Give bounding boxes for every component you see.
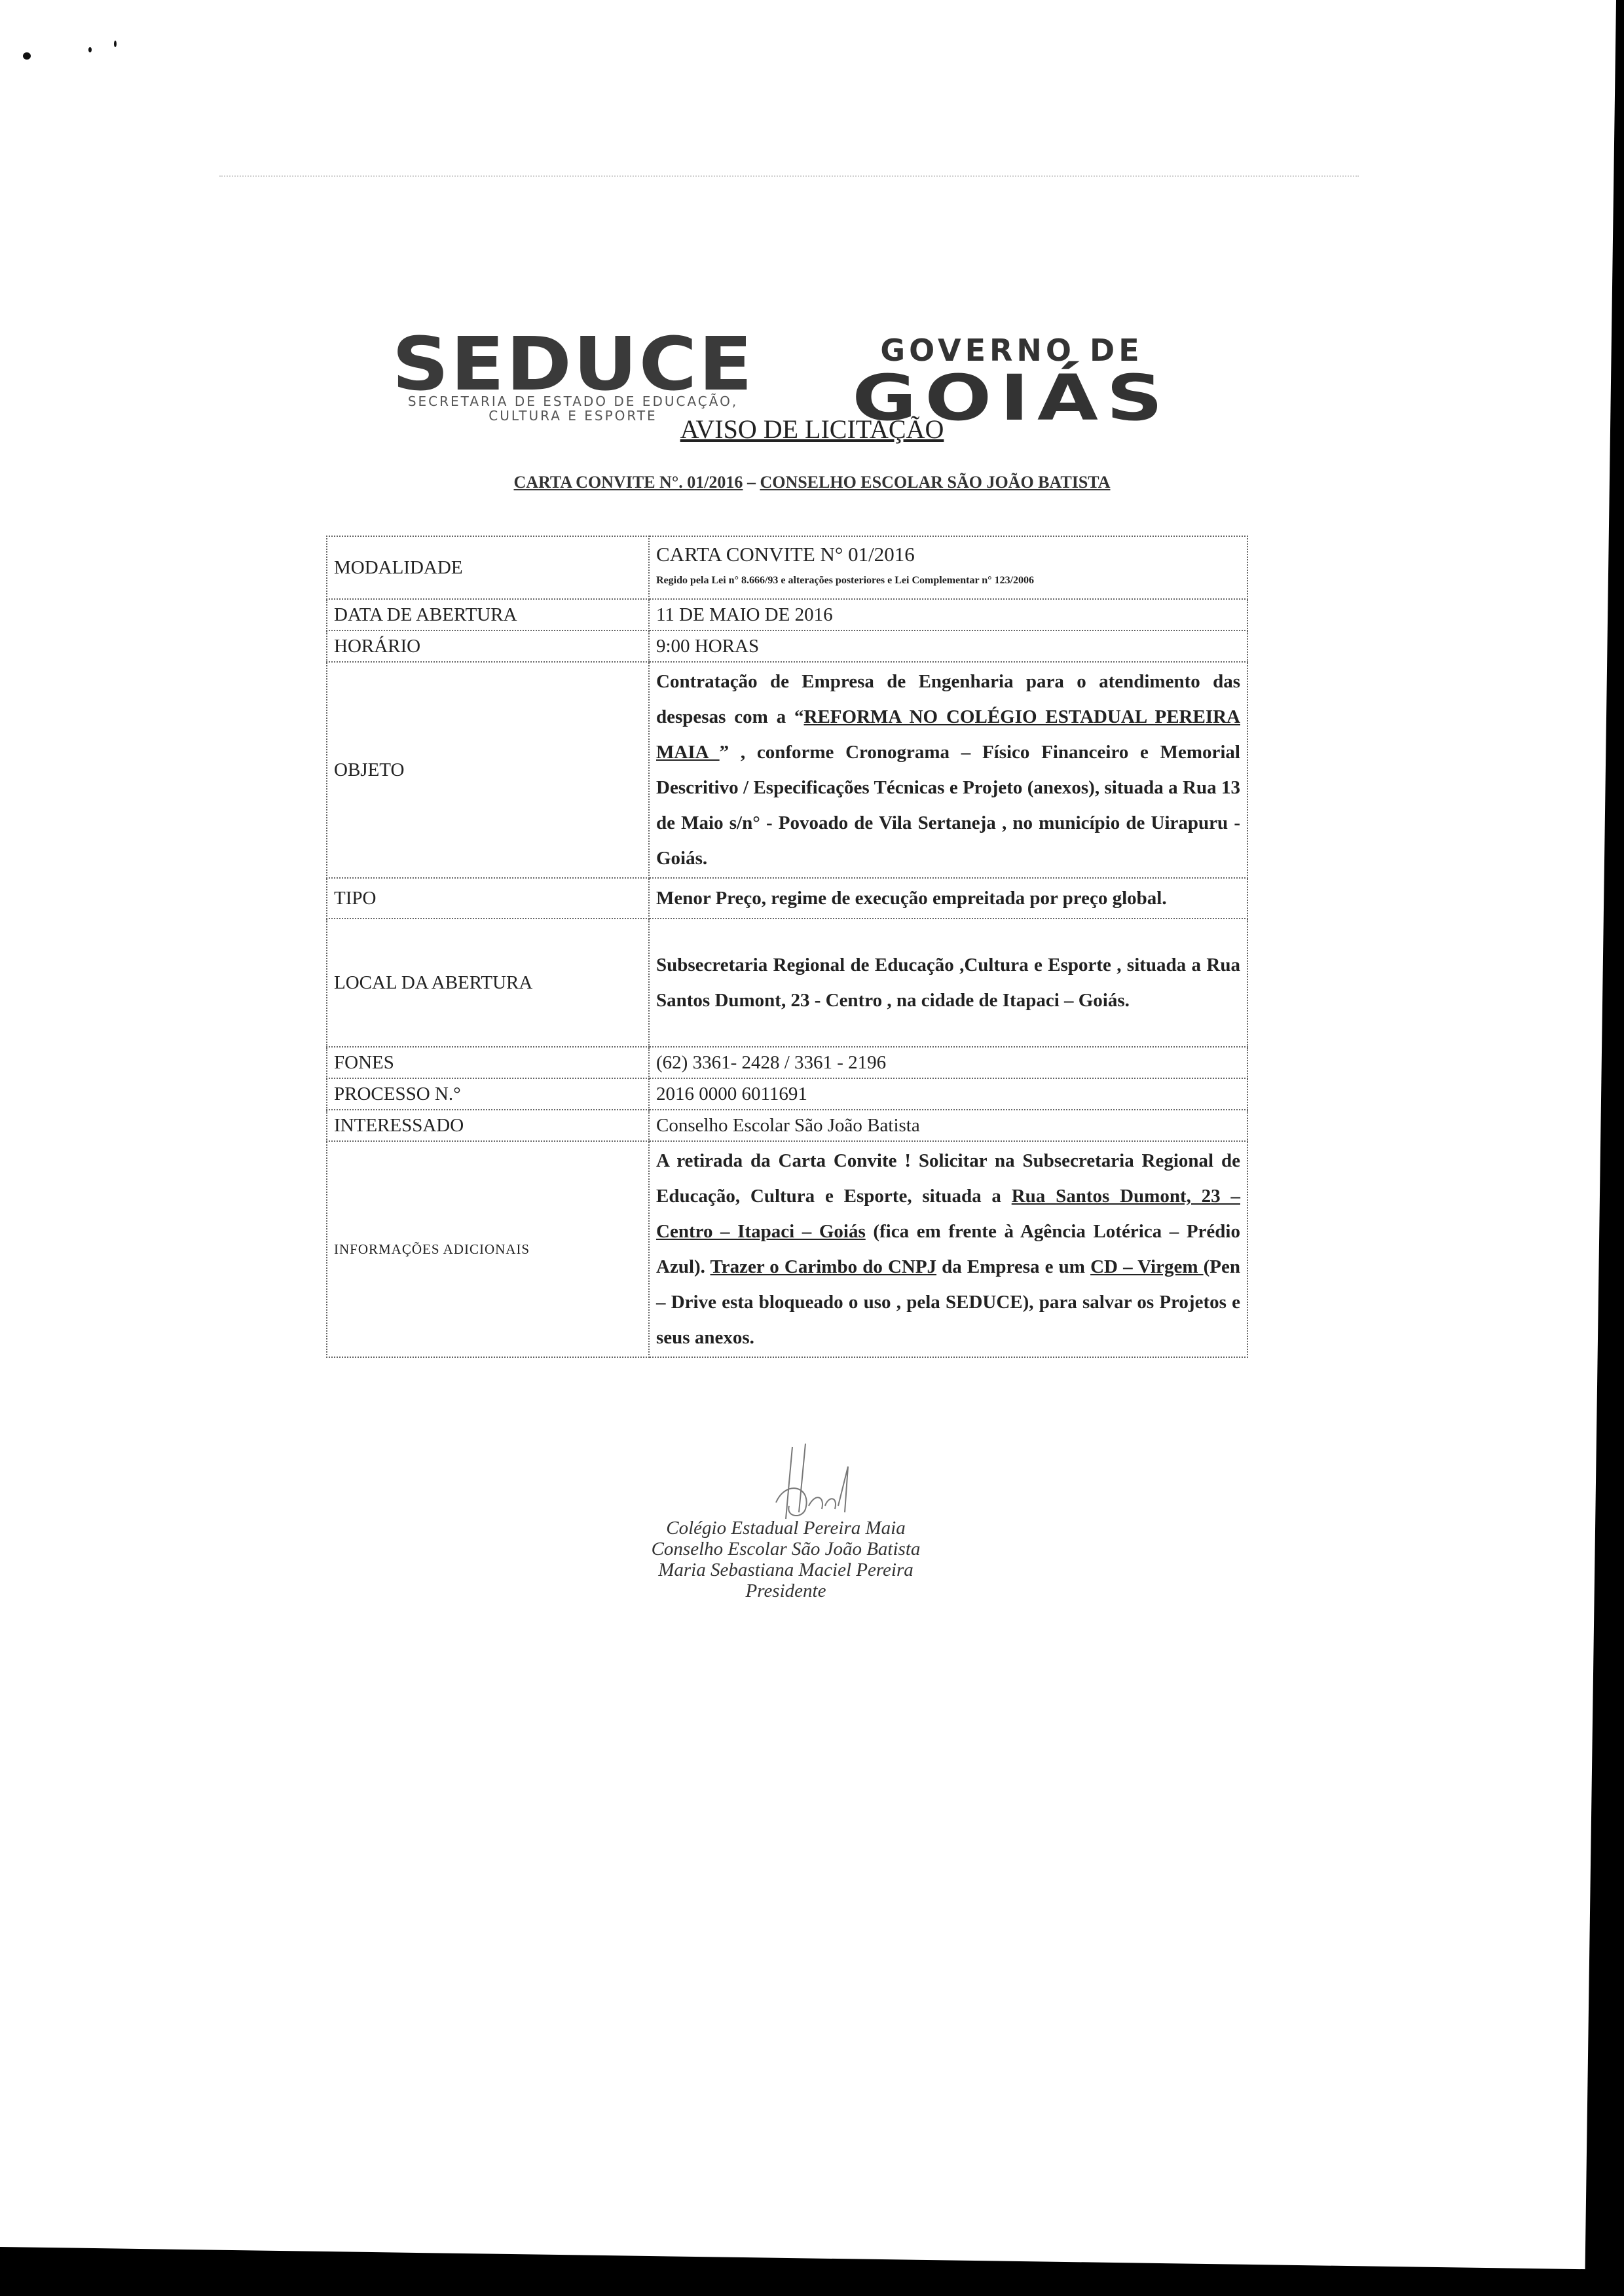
- value-local-abertura: Subsecretaria Regional de Educação ,Cult…: [649, 919, 1247, 1047]
- signature-council: Conselho Escolar São João Batista: [0, 1539, 1572, 1559]
- handwritten-signature: [589, 1440, 982, 1525]
- table-row-local-abertura: LOCAL DA ABERTURA Subsecretaria Regional…: [327, 919, 1247, 1047]
- signature-block: Colégio Estadual Pereira Maia Conselho E…: [0, 1518, 1572, 1601]
- subtitle-carta-convite: CARTA CONVITE N°. 01/2016: [514, 473, 743, 492]
- label-horario: HORÁRIO: [327, 630, 649, 662]
- scan-edge-right: [1585, 0, 1624, 2296]
- table-row-data-abertura: DATA DE ABERTURA 11 DE MAIO DE 2016: [327, 599, 1247, 630]
- seduce-logo: SEDUCE SECRETARIA DE ESTADO DE EDUCAÇÃO,…: [377, 335, 769, 423]
- document-subtitle: CARTA CONVITE N°. 01/2016 – CONSELHO ESC…: [0, 473, 1624, 492]
- scan-speck: [114, 41, 117, 47]
- modalidade-main: CARTA CONVITE N° 01/2016: [656, 541, 1240, 568]
- value-objeto: Contratação de Empresa de Engenharia par…: [649, 662, 1247, 878]
- signature-school: Colégio Estadual Pereira Maia: [0, 1518, 1572, 1539]
- info-cd-link: CD – Virgem: [1090, 1256, 1204, 1277]
- label-processo: PROCESSO N.°: [327, 1078, 649, 1110]
- label-informacoes-adicionais: INFORMAÇÕES ADICIONAIS: [327, 1141, 649, 1357]
- info-text-3: da Empresa e um: [936, 1256, 1090, 1277]
- scan-speck: [23, 52, 31, 60]
- value-fones: (62) 3361- 2428 / 3361 - 2196: [649, 1047, 1247, 1078]
- signature-name: Maria Sebastiana Maciel Pereira: [0, 1559, 1572, 1580]
- table-row-modalidade: MODALIDADE CARTA CONVITE N° 01/2016 Regi…: [327, 536, 1247, 599]
- table-row-interessado: INTERESSADO Conselho Escolar São João Ba…: [327, 1110, 1247, 1141]
- label-objeto: OBJETO: [327, 662, 649, 878]
- label-tipo: TIPO: [327, 878, 649, 919]
- table-row-tipo: TIPO Menor Preço, regime de execução emp…: [327, 878, 1247, 919]
- label-interessado: INTERESSADO: [327, 1110, 649, 1141]
- value-informacoes-adicionais: A retirada da Carta Convite ! Solicitar …: [649, 1141, 1247, 1357]
- table-row-fones: FONES (62) 3361- 2428 / 3361 - 2196: [327, 1047, 1247, 1078]
- seduce-wordmark: SEDUCE: [392, 335, 754, 394]
- value-interessado: Conselho Escolar São João Batista: [649, 1110, 1247, 1141]
- value-processo: 2016 0000 6011691: [649, 1078, 1247, 1110]
- objeto-text-2: ” , conforme Cronograma – Físico Finance…: [656, 742, 1240, 869]
- label-modalidade: MODALIDADE: [327, 536, 649, 599]
- modalidade-legal-note: Regido pela Lei n° 8.666/93 e alterações…: [656, 568, 1240, 594]
- info-carimbo-link: Trazer o Carimbo do CNPJ: [710, 1256, 937, 1277]
- value-tipo: Menor Preço, regime de execução empreita…: [649, 878, 1247, 919]
- scan-edge-bottom: [0, 2231, 1624, 2296]
- value-modalidade: CARTA CONVITE N° 01/2016 Regido pela Lei…: [649, 536, 1247, 599]
- table-row-horario: HORÁRIO 9:00 HORAS: [327, 630, 1247, 662]
- label-local-abertura: LOCAL DA ABERTURA: [327, 919, 649, 1047]
- table-row-processo: PROCESSO N.° 2016 0000 6011691: [327, 1078, 1247, 1110]
- value-data-abertura: 11 DE MAIO DE 2016: [649, 599, 1247, 630]
- top-rule: [219, 175, 1359, 177]
- document-title: AVISO DE LICITAÇÃO: [0, 414, 1624, 445]
- label-fones: FONES: [327, 1047, 649, 1078]
- table-row-objeto: OBJETO Contratação de Empresa de Engenha…: [327, 662, 1247, 878]
- scan-speck: [88, 47, 92, 52]
- table-row-informacoes: INFORMAÇÕES ADICIONAIS A retirada da Car…: [327, 1141, 1247, 1357]
- value-horario: 9:00 HORAS: [649, 630, 1247, 662]
- notice-table: MODALIDADE CARTA CONVITE N° 01/2016 Regi…: [326, 536, 1248, 1358]
- label-data-abertura: DATA DE ABERTURA: [327, 599, 649, 630]
- subtitle-separator: –: [743, 473, 760, 492]
- subtitle-conselho: CONSELHO ESCOLAR SÃO JOÃO BATISTA: [760, 473, 1110, 492]
- signature-role: Presidente: [0, 1580, 1572, 1601]
